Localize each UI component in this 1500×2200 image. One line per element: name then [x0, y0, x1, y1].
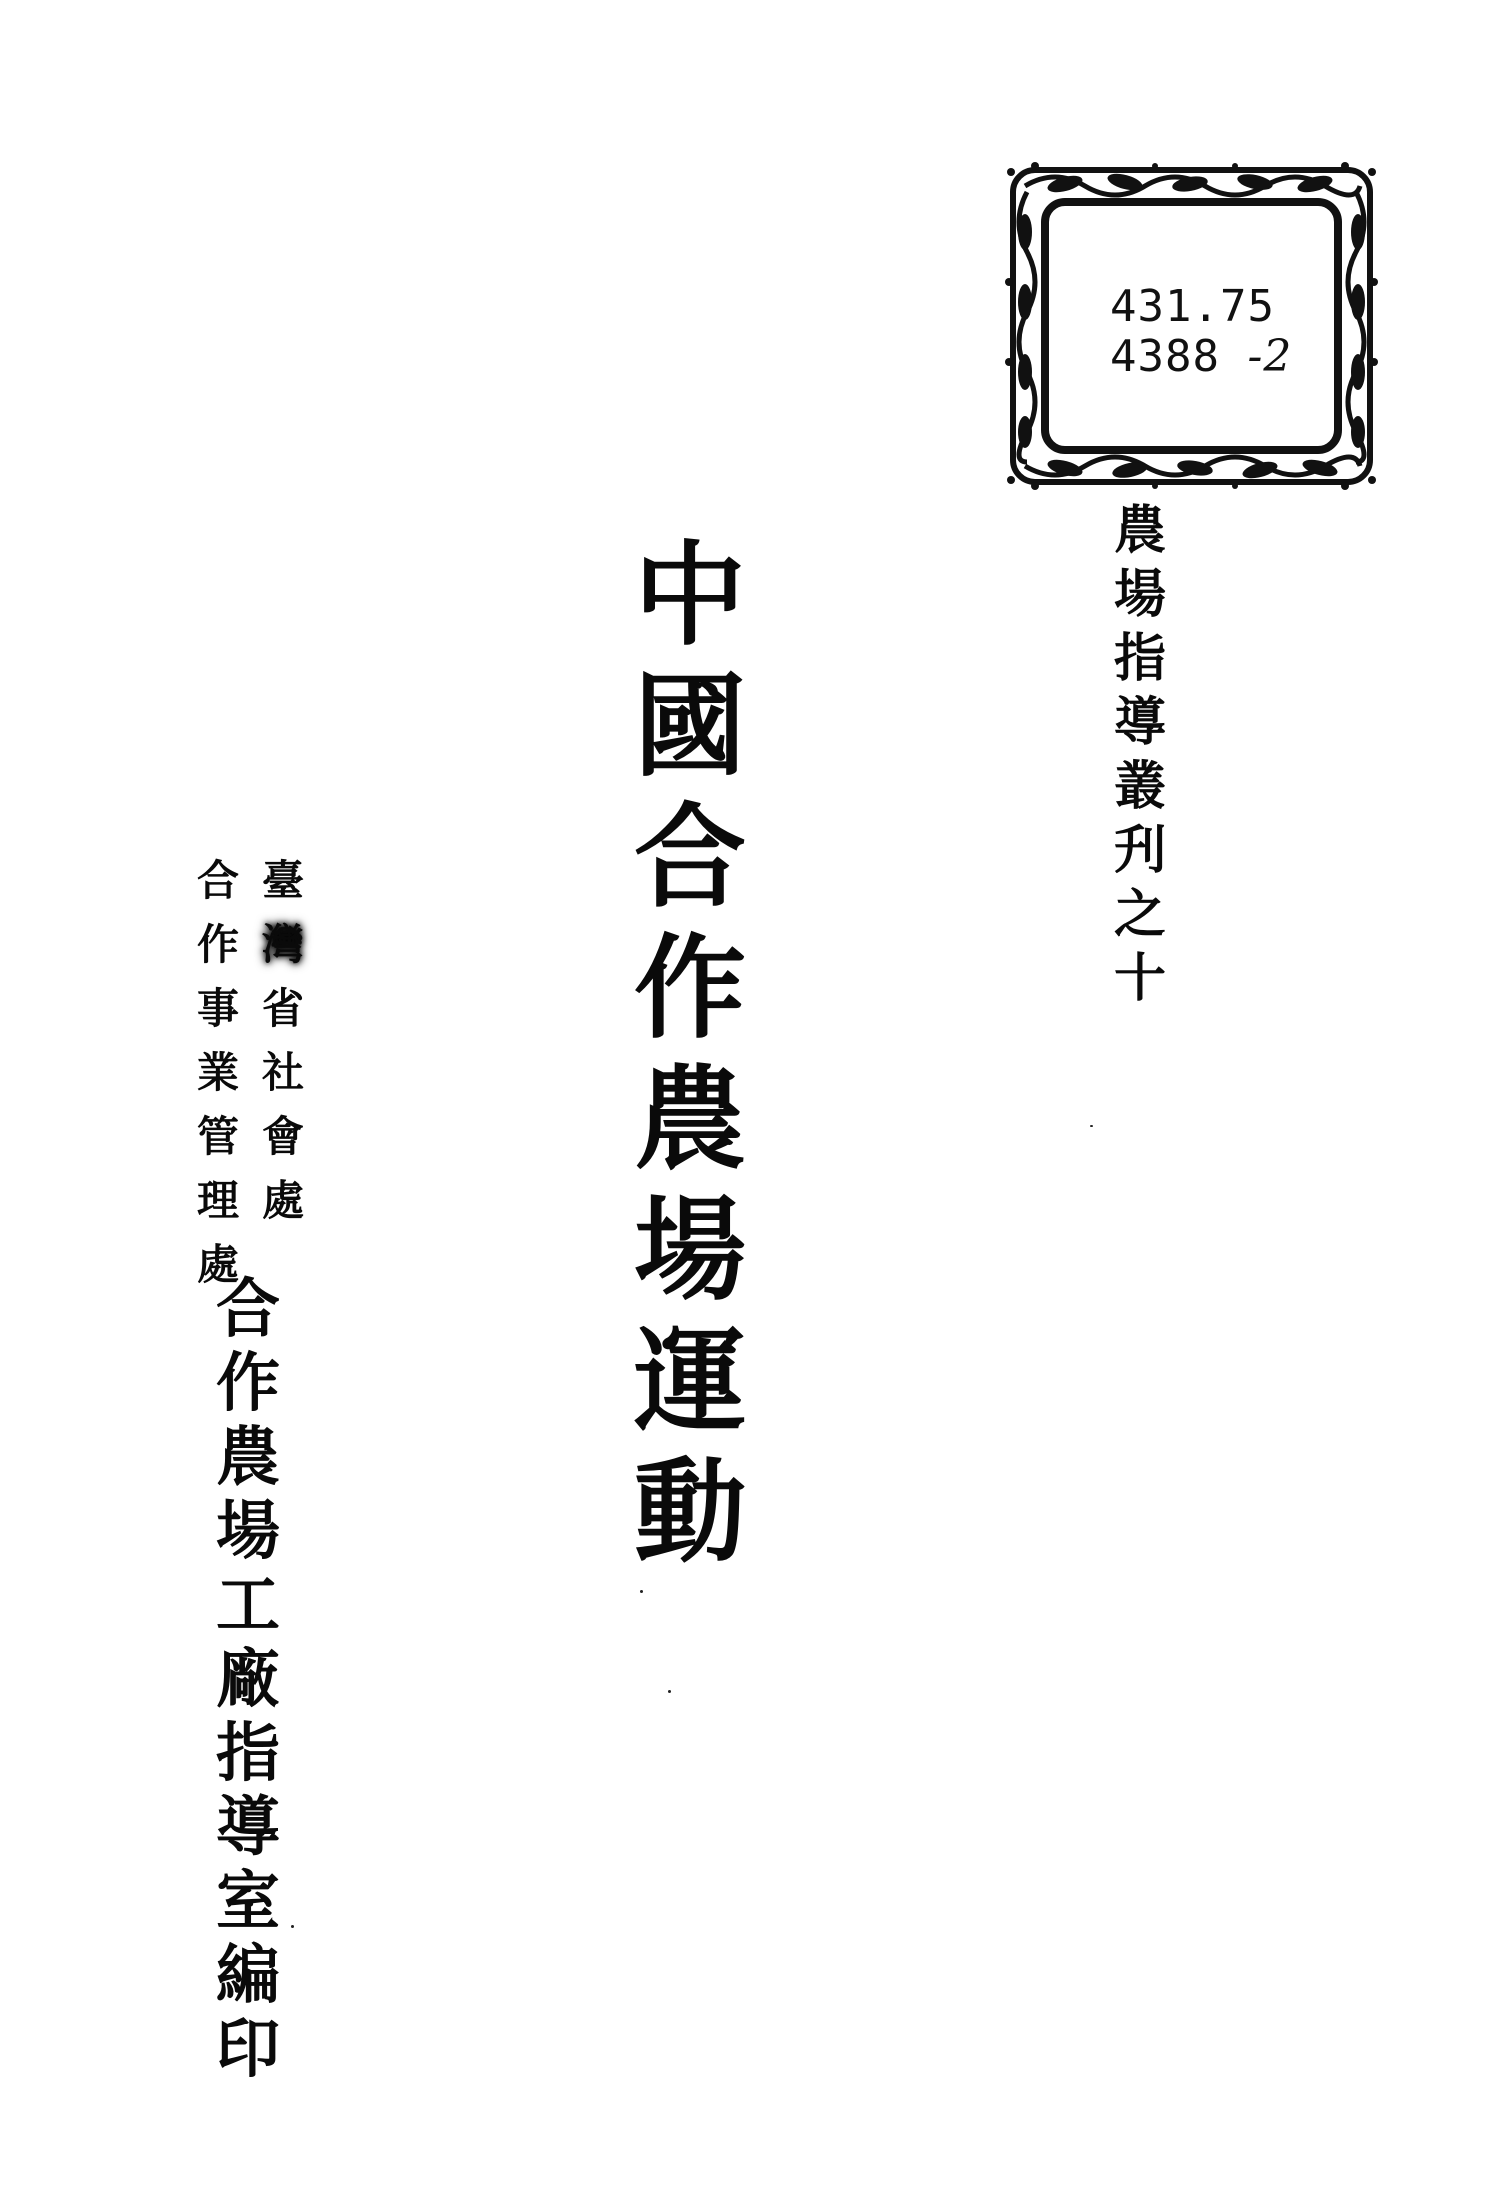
agency-char: 管 [197, 1116, 239, 1180]
title-char: 農 [634, 1064, 746, 1195]
call-number-line-2: 4388 -2 [1110, 332, 1292, 382]
agency-char-ink-blot: 灣 [262, 924, 304, 988]
title-char: 運 [634, 1326, 746, 1457]
agency-char: 作 [197, 924, 239, 988]
call-number-printed: 4388 [1110, 331, 1220, 382]
title-char: 場 [634, 1195, 746, 1326]
call-number-handwritten: -2 [1247, 331, 1292, 382]
publisher-char: 工 [216, 1574, 280, 1648]
publisher-imprint: 合 作 農 場 工 廠 指 導 室 編 印 [212, 1278, 284, 2092]
scan-speck [1090, 1125, 1093, 1127]
agency-char: 理 [197, 1180, 239, 1244]
title-char: 中 [634, 540, 746, 671]
series-char: 十 [1114, 953, 1166, 1017]
publisher-char: 印 [216, 2018, 280, 2092]
agency-char: 臺 [262, 860, 304, 924]
series-char: 之 [1114, 889, 1166, 953]
agency-char: 省 [262, 988, 304, 1052]
agency-char: 合 [197, 860, 239, 924]
title-char: 合 [634, 802, 746, 933]
publisher-char: 作 [216, 1352, 280, 1426]
series-char: 叢 [1114, 761, 1166, 825]
agency-cooperative-affairs: 合 作 事 業 管 理 處 [193, 860, 243, 1308]
main-title: 中 國 合 作 農 場 運 動 [630, 540, 750, 1588]
series-char: 導 [1114, 697, 1166, 761]
title-char: 國 [634, 671, 746, 802]
scan-speck [291, 1925, 294, 1928]
agency-social-affairs: 臺 灣 省 社 會 處 [258, 860, 308, 1244]
call-number-line-1: 431.75 [1110, 282, 1292, 332]
scan-speck [668, 1690, 671, 1693]
series-char: 刋 [1114, 825, 1166, 889]
series-char: 農 [1114, 505, 1166, 569]
publisher-char: 室 [216, 1870, 280, 1944]
publisher-char: 合 [216, 1278, 280, 1352]
publisher-char: 指 [216, 1722, 280, 1796]
series-title: 農 場 指 導 叢 刋 之 十 [1108, 505, 1172, 1017]
agency-char: 事 [197, 988, 239, 1052]
title-char: 動 [634, 1457, 746, 1588]
series-char: 場 [1114, 569, 1166, 633]
agency-char: 會 [262, 1116, 304, 1180]
publisher-char: 場 [216, 1500, 280, 1574]
agency-char: 業 [197, 1052, 239, 1116]
publisher-char: 廠 [216, 1648, 280, 1722]
scan-speck [640, 1590, 643, 1593]
call-number: 431.75 4388 -2 [1110, 282, 1292, 382]
series-char: 指 [1114, 633, 1166, 697]
publisher-char: 導 [216, 1796, 280, 1870]
title-char: 作 [634, 933, 746, 1064]
agency-char: 處 [262, 1180, 304, 1244]
publisher-char: 編 [216, 1944, 280, 2018]
publisher-char: 農 [216, 1426, 280, 1500]
agency-char: 社 [262, 1052, 304, 1116]
